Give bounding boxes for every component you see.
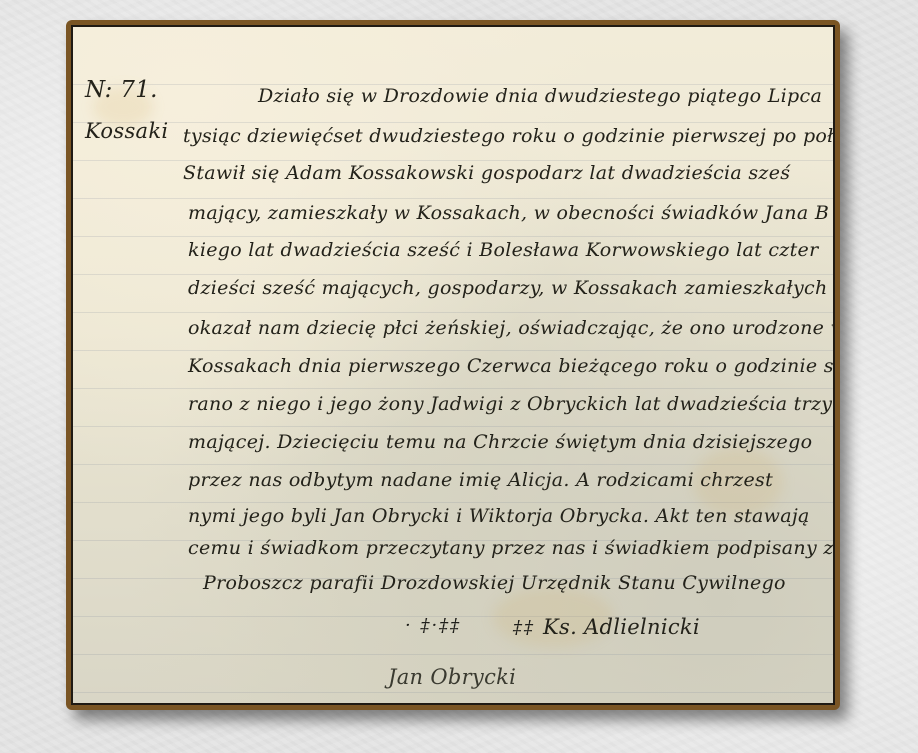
record-line: tysiąc dziewięćset dwudziestego roku o g… — [183, 125, 835, 147]
record-line: cemu i świadkom przeczytany przez nas i … — [188, 537, 835, 559]
document-page: N: 71. Kossaki Działo się w Drozdowie dn… — [73, 27, 833, 703]
record-line: Proboszcz parafii Drozdowskiej Urzędnik … — [203, 572, 786, 594]
record-line: kiego lat dwadzieścia sześć i Bolesława … — [188, 239, 818, 261]
record-line: okazał nam dziecię płci żeńskiej, oświad… — [188, 317, 835, 339]
village-name: Kossaki — [85, 119, 168, 143]
record-line: Stawił się Adam Kossakowski gospodarz la… — [183, 162, 790, 184]
witness-signature: Jan Obrycki — [388, 665, 516, 689]
record-line: Działo się w Drozdowie dnia dwudziestego… — [258, 85, 822, 107]
record-line: dzieści sześć mających, gospodarzy, w Ko… — [188, 277, 828, 299]
official-signature: Ks. Adlielnicki — [543, 615, 700, 639]
record-line: przez nas odbytym nadane imię Alicja. A … — [188, 469, 773, 491]
entry-number: N: 71. — [85, 77, 158, 103]
record-line: Kossakach dnia pierwszego Czerwca bieżąc… — [188, 355, 835, 377]
record-line: mający, zamieszkały w Kossakach, w obecn… — [188, 202, 829, 224]
record-line: mającej. Dziecięciu temu na Chrzcie świę… — [188, 431, 812, 453]
picture-frame: N: 71. Kossaki Działo się w Drozdowie dn… — [66, 20, 840, 710]
frame-inner-border: N: 71. Kossaki Działo się w Drozdowie dn… — [71, 25, 835, 705]
record-line: nymi jego byli Jan Obrycki i Wiktorja Ob… — [188, 505, 810, 527]
official-mark: ‡‡ — [513, 617, 535, 638]
witness-marks: · ‡·‡‡ — [405, 615, 461, 636]
record-line: rano z niego i jego żony Jadwigi z Obryc… — [188, 393, 832, 415]
